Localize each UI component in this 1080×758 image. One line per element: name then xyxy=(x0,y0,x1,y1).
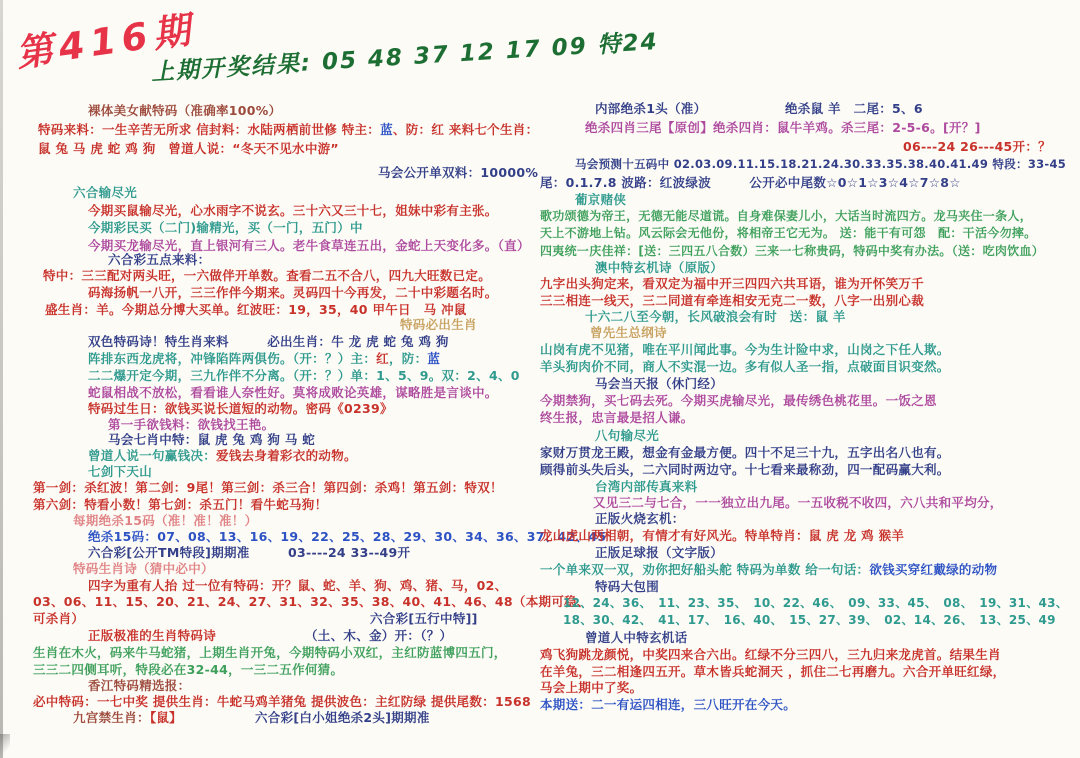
text-line: 生肖在木火，码来牛马蛇猪，上期生肖开兔，今期特码小双红，主红防蓝博四五门， xyxy=(33,646,507,660)
text-segment: 03、06、11、15、20、21、24、27、31、32、35、38、40、4… xyxy=(33,594,590,609)
text-segment: 爱钱去身着彩衣的动物。 xyxy=(216,448,357,463)
text-segment: 六合彩五点来料： xyxy=(108,252,210,267)
text-segment: 八句输尽光 xyxy=(595,428,659,443)
text-line: 马会上期中了奖。 xyxy=(540,681,642,695)
text-segment: 马会七肖中特：鼠 虎 兔 鸡 狗 马 蛇 xyxy=(108,432,315,447)
text-segment: 18、30、42、 41、17、 16、40、 15、27、39、 02、14、… xyxy=(563,613,1056,627)
text-line: 曾先生总纲诗 xyxy=(590,326,667,340)
text-line: 码海扬帆一八开，三三作伴今期来。灵码四十今再发，二十中彩题名时。 xyxy=(88,286,498,300)
text-line: 今期买鼠输尽光，心水雨字不说玄。三十六又三十七，姐妹中彩有主张。 xyxy=(88,204,498,218)
text-line: 歌功颂德为帝王，无德无能尽道谎。自身难保妻儿小，大话当时流四方。龙马夹住一条人， xyxy=(540,210,1032,223)
text-line: 八句输尽光 xyxy=(595,429,659,443)
text-line: 鸡飞狗跳龙颜悦，中奖四来合六出。红绿不分三四八，三九归来龙虎首。结果生肖 xyxy=(540,648,1001,662)
text-line: 特中：三三配对两头旺，一六做伴开单数。查看二五不合八，四九大旺数已定。 xyxy=(43,269,491,283)
text-segment: 六合彩[公开TM特段]期期准 03----24 33--49开 xyxy=(88,545,410,560)
text-line: 06---24 26---45开：？ xyxy=(903,140,1051,154)
text-line: 羊头狗肉价不同，商人不实混一边。多有似人圣一指，点破面目识变然。 xyxy=(540,360,950,374)
text-line: 三三相连一线天，三二同道有牵连相安无克二一数，八字一出别心裁 xyxy=(540,294,924,308)
text-line: 曾道人说一句赢钱决：爱钱去身着彩衣的动物。 xyxy=(88,449,357,463)
text-line: 今期禁狗，买七码去死。今期买虎输尽光，最传绣色桃花里。一饭之恩 xyxy=(540,394,937,408)
text-segment: 生肖在木火，码来牛马蛇猪，上期生肖开兔，今期特码小双红，主红防蓝博四五门， xyxy=(33,645,507,660)
text-line: 03、06、11、15、20、21、24、27、31、32、35、38、40、4… xyxy=(33,595,590,609)
text-line: 顾得前头失后头，二六同时两边守。十七看来最称劲，四一配码赢大利。 xyxy=(540,463,950,477)
text-line: 绝杀四肖三尾【原创】绝杀四肖：鼠牛羊鸡。杀三尾：2-5-6。[开？] xyxy=(585,121,981,135)
text-segment: 可杀肖） xyxy=(33,611,84,626)
text-segment: 二二爆开定今期，三九作伴不分离。（开：？）单：1、5、9。双：2、4、0 xyxy=(88,368,520,383)
text-line: 正版足球报（文字版） xyxy=(595,546,723,560)
text-segment: 曾道人中特玄机话 xyxy=(585,630,687,645)
text-segment: ，防： xyxy=(389,351,427,366)
text-line: 今期彩民买（二门)输精光，买（一门，五门）中 xyxy=(88,221,363,235)
text-segment: 六合彩[五行中特]] xyxy=(370,611,478,626)
text-line: 盛生肖：羊。今期总分博大买单。红波旺：19，35，40 甲午日 马 冲鼠 xyxy=(45,303,467,317)
text-segment: 六合输尽光 xyxy=(73,185,137,200)
text-segment: （土、木、金）开：（？） xyxy=(305,628,452,643)
text-segment: 天上不游地上钻。风云际会无他份，将相帝王它无为。 送：能干有可怨 配：干活今勿摔… xyxy=(540,226,1036,240)
text-segment: 在羊兔，三二相逢四五开。草木皆兵蛇洞天 ，抓住二七再磨九。六合开单旺红绿， xyxy=(540,664,1005,679)
text-line: 双色特码诗！特生肖来料 必出生肖：牛 龙 虎 蛇 兔 鸡 狗 xyxy=(88,335,449,349)
text-line: 绝杀鼠 羊 二尾：5、6 xyxy=(785,102,923,116)
text-segment: 绝杀15码：07、08、13、16、19、22、25、28、29、30、34、3… xyxy=(88,529,606,544)
text-segment: 正版火烧玄机： xyxy=(595,511,685,526)
text-segment: 内部绝杀1头（准） xyxy=(595,101,706,116)
text-segment: 歌功颂德为帝王，无德无能尽道谎。自身难保妻儿小，大话当时流四方。龙马夹住一条人， xyxy=(540,209,1032,223)
text-line: 正版极准的生肖特码诗 xyxy=(88,629,216,643)
text-line: 12、24、36、 11、23、35、 10、22、46、 09、33、45、 … xyxy=(563,597,1068,610)
text-segment: 十六二八至今朝，长风破浪会有时 送：鼠 羊 xyxy=(585,309,846,324)
text-segment: 本期送：二一有运四相连，三八旺开在今天。 xyxy=(540,697,796,712)
text-segment: 顾得前头失后头，二六同时两边守。十七看来最称劲，四一配码赢大利。 xyxy=(540,462,950,477)
text-segment: 蓝 xyxy=(380,122,393,137)
text-segment: 四字为重有人抬 过一位有特码：开？鼠、蛇、羊、狗、鸡、猪、马，02、 xyxy=(88,578,507,593)
text-segment: 澳中特玄机诗（原版） xyxy=(595,260,723,275)
text-segment: 绝杀四肖三尾【原创】绝杀四肖：鼠牛羊鸡。杀三尾：2-5-6。[开？] xyxy=(585,120,981,135)
text-line: 葡京赌侠 xyxy=(575,193,626,207)
text-line: 又见三二与七合，一一独立出九尾。一五收税不收四，六八共和平均分， xyxy=(593,496,1003,510)
text-line: 山岗有虎不见猪，唯在平川闻此事。今为生计险中求，山岗之下任人欺。 xyxy=(540,343,950,357)
text-line: 六合输尽光 xyxy=(73,186,137,200)
previous-draw-result: 上期开奖结果: 05 48 37 12 17 09 特24 xyxy=(150,23,659,87)
text-line: 18、30、42、 41、17、 16、40、 15、27、39、 02、14、… xyxy=(563,614,1056,627)
text-line: 台湾内部传真来料 xyxy=(595,480,697,494)
text-segment: 龙山虎山两相朝，有情才有好风光。特单特肖：鼠 虎 龙 鸡 猴羊 xyxy=(540,528,904,543)
text-segment: 三三二四侧耳听，特段必在32-44，一三二五作何猜。 xyxy=(33,662,343,677)
text-line: 马会当天报（休门经） xyxy=(595,377,723,391)
scan-corner-smudge xyxy=(0,734,10,758)
text-line: 六合彩[公开TM特段]期期准 03----24 33--49开 xyxy=(88,546,410,560)
text-line: 四夷统一庆佳祥：[送：三四五八合数）三来一七称贵码，特码中奖有办法。（送：吃肉饮… xyxy=(540,245,1044,258)
text-line: 特码来料：一生辛苦无所求 信封料：水陆两栖前世修 特主：蓝、防：红 来料七个生肖… xyxy=(38,123,538,137)
text-segment: 特码必出生肖 xyxy=(400,317,477,332)
text-line: 必中特码：一七中奖 提供生肖：牛蛇马鸡羊猪兔 提供波色：主红防绿 提供尾数：15… xyxy=(33,695,531,709)
text-line: 十六二八至今朝，长风破浪会有时 送：鼠 羊 xyxy=(585,310,846,324)
text-line: 终生报，忠言最是招人谦。 xyxy=(540,411,694,425)
text-line: 第六剑：特看小数！第七剑：杀五门！看牛蛇马狗！ xyxy=(33,498,327,512)
text-line: 澳中特玄机诗（原版） xyxy=(595,261,723,275)
text-line: 蛇鼠相战不放松，看看谁人奈性好。莫将成败论英雄，谋略胜是言谈中。 xyxy=(88,386,498,400)
text-segment: 每期绝杀15码（准！准！准！） xyxy=(73,513,257,528)
text-line: 在羊兔，三二相逢四五开。草木皆兵蛇洞天 ，抓住二七再磨九。六合开单旺红绿， xyxy=(540,665,1005,679)
text-segment: 裸体美女献特码（准确率100%） xyxy=(88,103,281,118)
text-line: 尾：0.1.7.8 波路：红波绿波 公开必中尾数☆0☆1☆3☆4☆7☆8☆ xyxy=(540,176,961,190)
text-segment: 九宫禁生肖： xyxy=(73,710,150,725)
text-segment: 码海扬帆一八开，三三作伴今期来。灵码四十今再发，二十中彩题名时。 xyxy=(88,285,498,300)
text-segment: 第一手欲钱料：欲钱找王艳。 xyxy=(108,417,274,432)
text-segment: 12、24、36、 11、23、35、 10、22、46、 09、33、45、 … xyxy=(563,596,1068,610)
text-line: 六合彩[白小姐绝杀2头]期期准 xyxy=(255,711,430,725)
text-segment: 必中特码：一七中奖 提供生肖：牛蛇马鸡羊猪兔 提供波色：主红防绿 提供尾数：15… xyxy=(33,694,531,709)
text-line: 一个单来双一双，劝你把好船头舵 特码为单数 给一句话：欲钱买穿红戴绿的动物 xyxy=(540,563,997,577)
text-segment: 曾道人说一句赢钱决： xyxy=(88,448,216,463)
text-segment: 欲钱买穿红戴绿的动物 xyxy=(869,562,997,577)
text-line: 曾道人中特玄机话 xyxy=(585,631,687,645)
text-line: 特码生肖诗（猜中必中） xyxy=(73,562,214,576)
text-segment: 、防：红 来料七个生肖： xyxy=(393,122,538,137)
text-line: 可杀肖） xyxy=(33,612,84,626)
text-segment: 06---24 26---45开：？ xyxy=(903,139,1051,154)
text-line: 特码必出生肖 xyxy=(400,318,477,332)
text-segment: 【鼠】 xyxy=(150,710,182,725)
text-segment: 鸡飞狗跳龙颜悦，中奖四来合六出。红绿不分三四八，三九归来龙虎首。结果生肖 xyxy=(540,647,1001,662)
text-segment: 家财万贯龙王殿，想金有金最方便。四十不足三十九，五字出名八也有。 xyxy=(540,445,950,460)
text-segment: 特码生肖诗（猜中必中） xyxy=(73,561,214,576)
text-line: 马会七肖中特：鼠 虎 兔 鸡 狗 马 蛇 xyxy=(108,433,315,447)
text-segment: 香江特码精选报： xyxy=(88,678,190,693)
text-segment: 绝杀鼠 羊 二尾：5、6 xyxy=(785,101,923,116)
text-line: 裸体美女献特码（准确率100%） xyxy=(88,104,281,118)
text-line: 绝杀15码：07、08、13、16、19、22、25、28、29、30、34、3… xyxy=(88,530,606,544)
text-line: 正版火烧玄机： xyxy=(595,512,685,526)
text-line: 马会预测十五码中 02.03.09.11.15.18.21.24.30.33.3… xyxy=(575,158,1066,171)
text-line: 三三二四侧耳听，特段必在32-44，一三二五作何猜。 xyxy=(33,663,343,677)
text-line: 内部绝杀1头（准） xyxy=(595,102,706,116)
text-segment: 今期禁狗，买七码去死。今期买虎输尽光，最传绣色桃花里。一饭之恩 xyxy=(540,393,937,408)
text-line: （土、木、金）开：（？） xyxy=(305,629,452,643)
text-segment: 今期买鼠输尽光，心水雨字不说玄。三十六又三十七，姐妹中彩有主张。 xyxy=(88,203,498,218)
text-segment: 尾：0.1.7.8 波路：红波绿波 公开必中尾数☆0☆1☆3☆4☆7☆8☆ xyxy=(540,175,961,190)
text-line: 特码过生日：欲钱买说长道短的动物。密码《0239》 xyxy=(88,402,393,416)
text-line: 第一手欲钱料：欲钱找王艳。 xyxy=(108,418,274,432)
text-line: 鼠 兔 马 虎 蛇 鸡 狗 曾道人说：“冬天不见水中游” xyxy=(38,142,339,156)
text-segment: 阵排东西龙虎将，冲锋陷阵两俱伤。（开：？）主： xyxy=(88,351,376,366)
text-segment: 红 xyxy=(376,351,389,366)
text-segment: 一个单来双一双，劝你把好船头舵 特码为单数 给一句话： xyxy=(540,562,869,577)
text-line: 六合彩[五行中特]] xyxy=(370,612,478,626)
text-line: 七剑下天山 xyxy=(88,465,152,479)
text-segment: 马会上期中了奖。 xyxy=(540,680,642,695)
text-segment: 蛇鼠相战不放松，看看谁人奈性好。莫将成败论英雄，谋略胜是言谈中。 xyxy=(88,385,498,400)
text-line: 四字为重有人抬 过一位有特码：开？鼠、蛇、羊、狗、鸡、猪、马，02、 xyxy=(88,579,507,593)
text-line: 本期送：二一有运四相连，三八旺开在今天。 xyxy=(540,698,796,712)
text-segment: 特码过生日：欲钱买说长道短的动物。密码《0239》 xyxy=(88,401,393,416)
text-segment: 鼠 兔 马 虎 蛇 鸡 狗 曾道人说：“冬天不见水中游” xyxy=(38,141,339,156)
text-line: 特码大包围 xyxy=(595,580,659,594)
text-line: 阵排东西龙虎将，冲锋陷阵两俱伤。（开：？）主：红，防：蓝 xyxy=(88,352,440,366)
text-segment: 又见三二与七合，一一独立出九尾。一五收税不收四，六八共和平均分， xyxy=(593,495,1003,510)
text-segment: 羊头狗肉价不同，商人不实混一边。多有似人圣一指，点破面目识变然。 xyxy=(540,359,950,374)
text-segment: 今期买龙输尽光，直上银河有三人。老牛食草连五出，金蛇上天变化多。（直） xyxy=(88,238,530,253)
text-segment: 正版足球报（文字版） xyxy=(595,545,723,560)
text-line: 马会公开单双料：10000% xyxy=(378,166,538,180)
text-segment: 双色特码诗！特生肖来料 必出生肖：牛 龙 虎 蛇 兔 鸡 狗 xyxy=(88,334,449,349)
text-line: 第一剑：杀红波！第二剑：9尾！第三剑：杀三合！第四剑：杀鸡！第五剑：特双！ xyxy=(33,481,503,495)
text-line: 每期绝杀15码（准！准！准！） xyxy=(73,514,257,528)
text-line: 香江特码精选报： xyxy=(88,679,190,693)
text-segment: 七剑下天山 xyxy=(88,464,152,479)
text-segment: 第六剑：特看小数！第七剑：杀五门！看牛蛇马狗！ xyxy=(33,497,327,512)
text-segment: 盛生肖：羊。今期总分博大买单。红波旺：19，35，40 甲午日 马 冲鼠 xyxy=(45,302,467,317)
text-line: 龙山虎山两相朝，有情才有好风光。特单特肖：鼠 虎 龙 鸡 猴羊 xyxy=(540,529,904,543)
text-segment: 三三相连一线天，三二同道有牵连相安无克二一数，八字一出别心裁 xyxy=(540,293,924,308)
text-segment: 九字出头狗定来，看双定为福中开三四四六共耳语，谁为开怀笑万千 xyxy=(540,276,924,291)
text-line: 九字出头狗定来，看双定为福中开三四四六共耳语，谁为开怀笑万千 xyxy=(540,277,924,291)
text-segment: 台湾内部传真来料 xyxy=(595,479,697,494)
text-segment: 特码来料：一生辛苦无所求 信封料：水陆两栖前世修 特主： xyxy=(38,122,380,137)
text-segment: 山岗有虎不见猪，唯在平川闻此事。今为生计险中求，山岗之下任人欺。 xyxy=(540,342,950,357)
text-line: 二二爆开定今期，三九作伴不分离。（开：？）单：1、5、9。双：2、4、0 xyxy=(88,369,520,383)
tipsheet-page: 第416期 上期开奖结果: 05 48 37 12 17 09 特24 裸体美女… xyxy=(0,0,1080,758)
text-segment: 曾先生总纲诗 xyxy=(590,325,667,340)
text-segment: 特码大包围 xyxy=(595,579,659,594)
text-line: 六合彩五点来料： xyxy=(108,253,210,267)
text-segment: 蓝 xyxy=(427,351,440,366)
text-line: 九宫禁生肖：【鼠】 xyxy=(73,711,182,725)
text-segment: 四夷统一庆佳祥：[送：三四五八合数）三来一七称贵码，特码中奖有办法。（送：吃肉饮… xyxy=(540,244,1044,258)
text-line: 天上不游地上钻。风云际会无他份，将相帝王它无为。 送：能干有可怨 配：干活今勿摔… xyxy=(540,227,1036,240)
text-line: 家财万贯龙王殿，想金有金最方便。四十不足三十九，五字出名八也有。 xyxy=(540,446,950,460)
text-segment: 今期彩民买（二门)输精光，买（一门，五门）中 xyxy=(88,220,363,235)
text-segment: 马会当天报（休门经） xyxy=(595,376,723,391)
text-segment: 特中：三三配对两头旺，一六做伴开单数。查看二五不合八，四九大旺数已定。 xyxy=(43,268,491,283)
text-segment: 第一剑：杀红波！第二剑：9尾！第三剑：杀三合！第四剑：杀鸡！第五剑：特双！ xyxy=(33,480,503,495)
text-line: 今期买龙输尽光，直上银河有三人。老牛食草连五出，金蛇上天变化多。（直） xyxy=(88,239,530,253)
text-segment: 终生报，忠言最是招人谦。 xyxy=(540,410,694,425)
scan-edge-artifact xyxy=(0,0,3,758)
text-segment: 葡京赌侠 xyxy=(575,192,626,207)
text-segment: 正版极准的生肖特码诗 xyxy=(88,628,216,643)
text-segment: 马会公开单双料：10000% xyxy=(378,165,538,180)
text-segment: 马会预测十五码中 02.03.09.11.15.18.21.24.30.33.3… xyxy=(575,157,1066,171)
text-segment: 六合彩[白小姐绝杀2头]期期准 xyxy=(255,710,430,725)
